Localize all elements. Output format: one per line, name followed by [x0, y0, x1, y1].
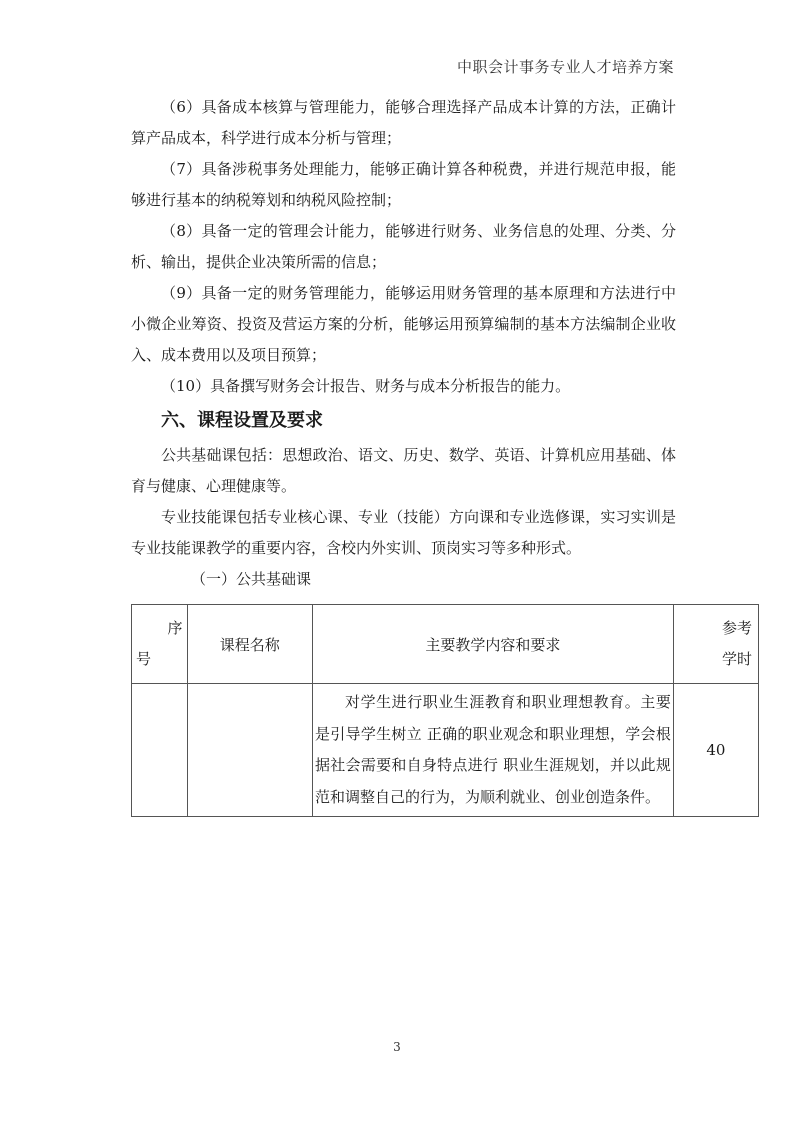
header-hours-line1: 参考	[674, 613, 752, 644]
section-heading: 六、课程设置及要求	[131, 402, 676, 440]
ability-item-7: （7）具备涉税事务处理能力，能够正确计算各种税费，并进行规范申报，能够进行基本的…	[131, 154, 676, 216]
cell-reference-hours: 40	[673, 684, 758, 817]
table-row: 对学生进行职业生涯教育和职业理想教育。主要是引导学生树立 正确的职业观念和职业理…	[132, 684, 759, 817]
ability-item-8: （8）具备一定的管理会计能力，能够进行财务、业务信息的处理、分类、分析、输出，提…	[131, 216, 676, 278]
document-body: （6）具备成本核算与管理能力，能够合理选择产品成本计算的方法，正确计算产品成本，…	[131, 92, 676, 594]
cell-course-name	[187, 684, 313, 817]
professional-courses-paragraph: 专业技能课包括专业核心课、专业（技能）方向课和专业选修课，实习实训是专业技能课教…	[131, 502, 676, 564]
ability-item-6: （6）具备成本核算与管理能力，能够合理选择产品成本计算的方法，正确计算产品成本，…	[131, 92, 676, 154]
public-courses-paragraph: 公共基础课包括：思想政治、语文、历史、数学、英语、计算机应用基础、体育与健康、心…	[131, 440, 676, 502]
header-course-name: 课程名称	[187, 605, 313, 684]
header-serial-line2: 号	[132, 644, 187, 675]
header-serial-line1: 序	[132, 613, 187, 644]
cell-serial-number	[132, 684, 188, 817]
page-number: 3	[0, 1040, 794, 1054]
document-header-title: 中职会计事务专业人才培养方案	[457, 56, 674, 77]
course-table: 序 号 课程名称 主要教学内容和要求 参考 学时 对学生进行职业生涯教育和职业理…	[131, 604, 759, 817]
cell-course-content: 对学生进行职业生涯教育和职业理想教育。主要是引导学生树立 正确的职业观念和职业理…	[313, 684, 674, 817]
header-hours-line2: 学时	[674, 644, 752, 675]
header-course-content: 主要教学内容和要求	[313, 605, 674, 684]
header-reference-hours: 参考 学时	[673, 605, 758, 684]
subsection-label: （一）公共基础课	[131, 564, 676, 594]
header-serial-number: 序 号	[132, 605, 188, 684]
ability-item-10: （10）具备撰写财务会计报告、财务与成本分析报告的能力。	[131, 371, 676, 402]
table-header-row: 序 号 课程名称 主要教学内容和要求 参考 学时	[132, 605, 759, 684]
ability-item-9: （9）具备一定的财务管理能力，能够运用财务管理的基本原理和方法进行中小微企业筹资…	[131, 278, 676, 371]
